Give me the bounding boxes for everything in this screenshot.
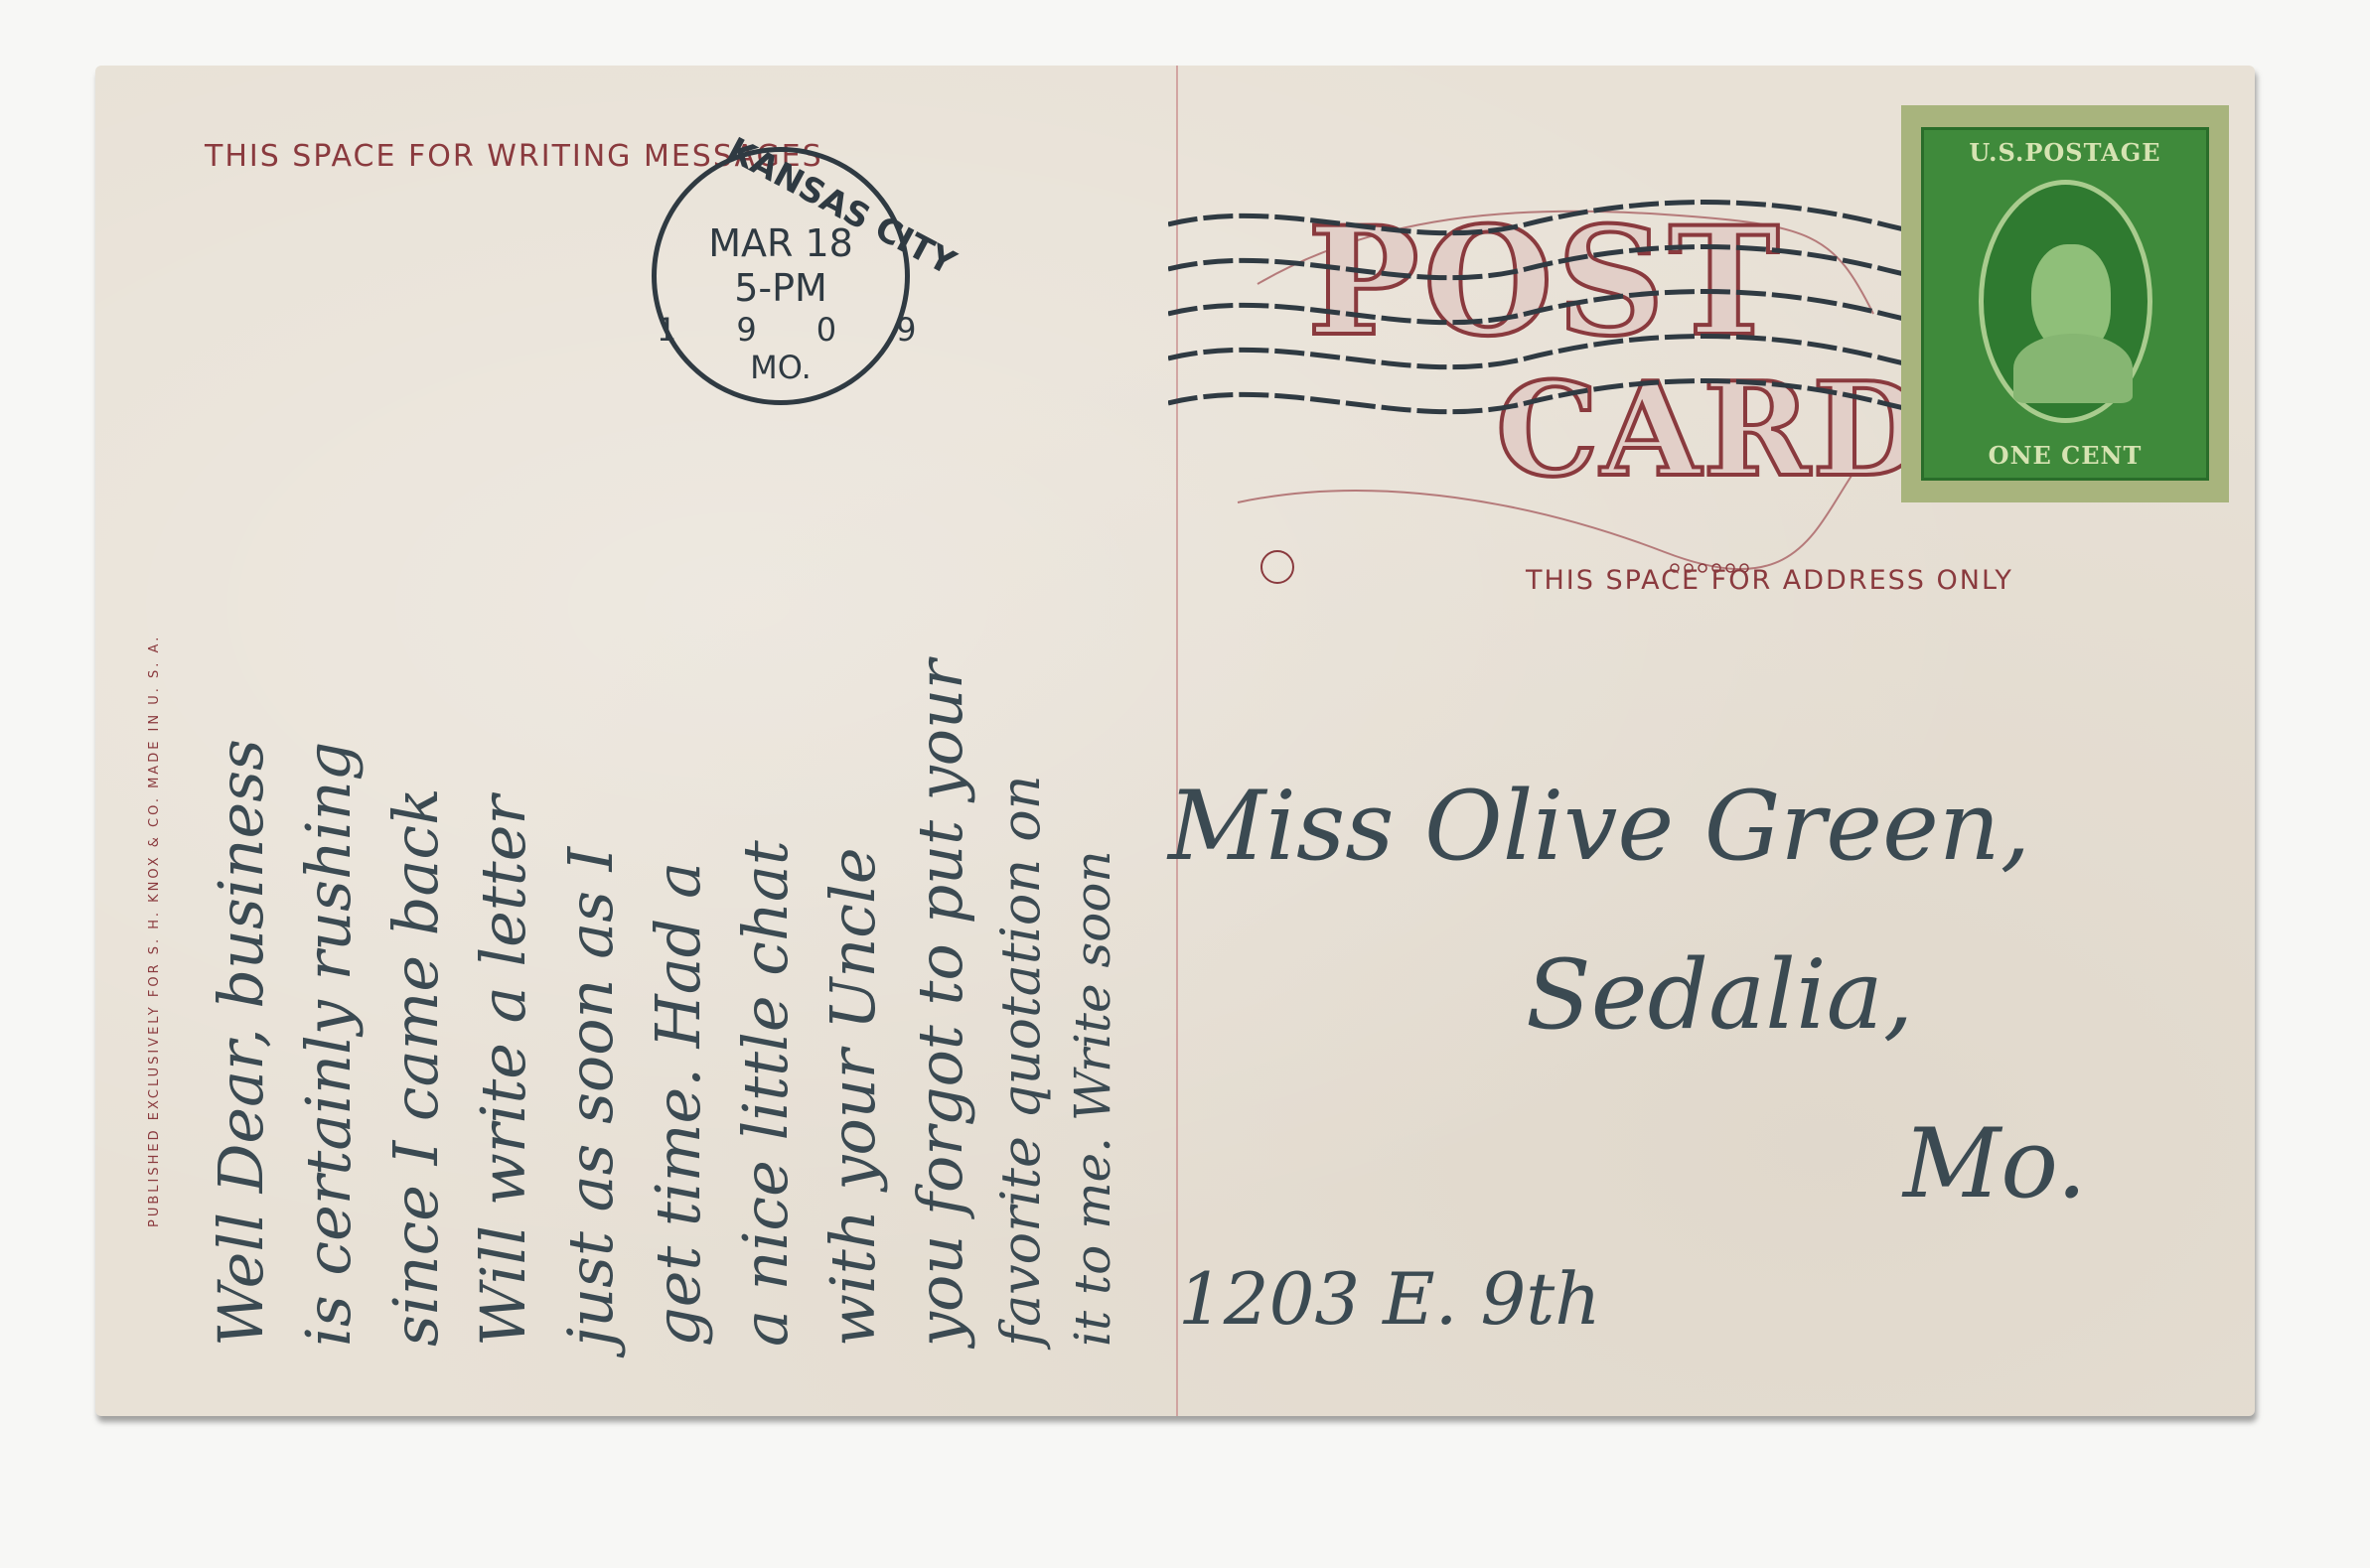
recipient-city: Sedalia,	[1526, 939, 1913, 1051]
message-line: is certainly rushing	[292, 742, 365, 1347]
recipient-street: 1203 E. 9th	[1178, 1257, 1601, 1341]
message-line: it to me. Write soon	[1064, 850, 1121, 1347]
message-line: favorite quotation on	[989, 775, 1052, 1347]
address-space-label: THIS SPACE FOR ADDRESS ONLY	[1526, 565, 2013, 596]
message-line: Well Dear, business	[205, 739, 277, 1347]
postmark-time: 5-PM	[657, 266, 905, 310]
message-line: get time. Had a	[642, 862, 714, 1347]
stamp-value-text: ONE CENT	[1924, 441, 2206, 470]
postmark-year: 1909	[657, 311, 905, 349]
message-line: a nice little chat	[729, 840, 802, 1347]
message-line: just as soon as I	[554, 847, 627, 1347]
postmark-date: MAR 18	[657, 221, 905, 265]
postage-stamp: U.S.POSTAGE ONE CENT	[1901, 105, 2229, 502]
stamp-design: U.S.POSTAGE ONE CENT	[1921, 127, 2209, 481]
message-line: you forgot to put your	[904, 659, 976, 1347]
postmark-state: MO.	[657, 349, 905, 386]
stamp-top-text: U.S.POSTAGE	[1924, 138, 2206, 167]
portrait-icon	[1979, 180, 2152, 423]
postmark: KANSAS CITY MAR 18 5-PM 1909 MO.	[652, 147, 910, 405]
message-line: Will write a letter	[467, 795, 539, 1347]
message-line: since I came back	[379, 787, 452, 1347]
recipient-name: Miss Olive Green,	[1168, 771, 2030, 882]
postcard-back: THIS SPACE FOR WRITING MESSAGES PUBLISHE…	[95, 66, 2255, 1416]
message-line: with your Uncle	[816, 847, 889, 1347]
recipient-state: Mo.	[1903, 1108, 2087, 1219]
publisher-line: PUBLISHED EXCLUSIVELY FOR S. H. KNOX & C…	[147, 635, 162, 1227]
